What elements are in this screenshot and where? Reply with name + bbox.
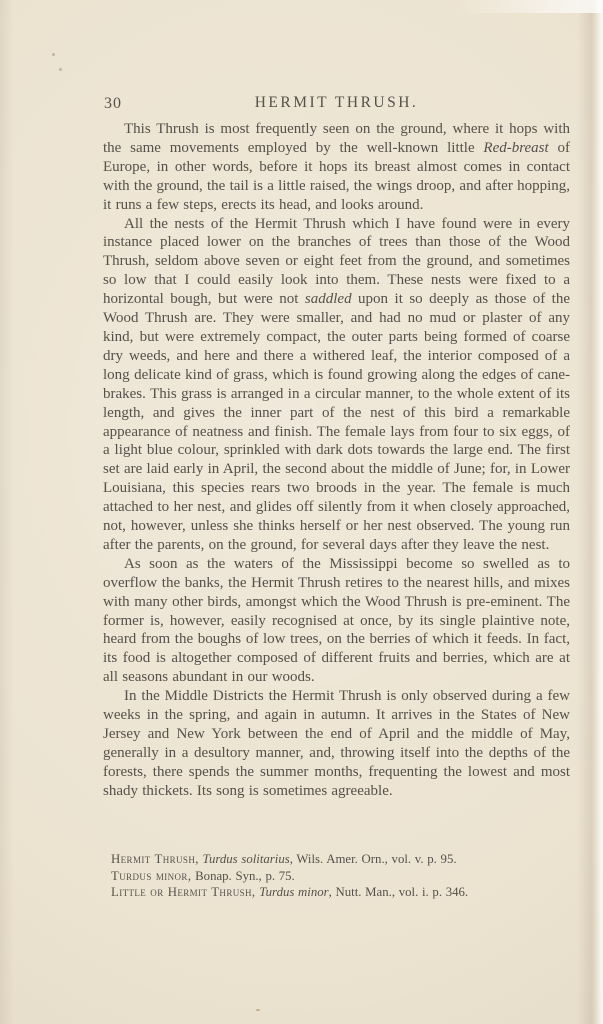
page-left-edge-shadow	[0, 0, 14, 1024]
reference-line: Hermit Thrush, Turdus solitarius, Wils. …	[111, 851, 573, 868]
page-top-right-edge-highlight	[453, 0, 603, 13]
body-text: This Thrush is most frequently seen on t…	[103, 120, 570, 801]
references: Hermit Thrush, Turdus solitarius, Wils. …	[111, 851, 573, 901]
running-title: HERMIT THRUSH.	[103, 94, 570, 112]
page-right-edge-shadow	[577, 0, 603, 1024]
text-segment-italic: saddled	[305, 291, 352, 307]
text-segment-smallcaps: Little or Hermit Thrush,	[111, 885, 256, 899]
text-segment-normal: , Nutt. Man., vol. i. p. 346.	[329, 885, 469, 899]
text-segment-smallcaps: Hermit Thrush,	[111, 852, 199, 866]
page-number: 30	[104, 95, 122, 113]
paper-speck	[59, 68, 62, 71]
page-scan: 30 HERMIT THRUSH. This Thrush is most fr…	[0, 0, 603, 1024]
text-segment-normal: Bonap. Syn., p. 75.	[191, 869, 294, 883]
paragraph: This Thrush is most frequently seen on t…	[103, 120, 570, 215]
text-segment-italic: Red-breast	[483, 140, 548, 156]
page-header: 30 HERMIT THRUSH.	[103, 94, 570, 114]
text-segment-normal: As soon as the waters of the Mississippi…	[103, 556, 570, 685]
text-segment-normal: , Wils. Amer. Orn., vol. v. p. 95.	[290, 852, 457, 866]
text-segment-italic: Turdus solitarius	[203, 852, 290, 866]
paper-speck	[256, 1009, 260, 1011]
book-page: 30 HERMIT THRUSH. This Thrush is most fr…	[0, 0, 603, 1024]
reference-line: Little or Hermit Thrush, Turdus minor, N…	[111, 884, 573, 901]
paragraph: As soon as the waters of the Mississippi…	[103, 555, 570, 687]
text-segment-italic: Turdus minor	[259, 885, 328, 899]
text-segment-normal: In the Middle Districts the Hermit Thrus…	[103, 688, 570, 799]
text-segment-smallcaps: Turdus minor,	[111, 869, 191, 883]
paragraph: In the Middle Districts the Hermit Thrus…	[103, 687, 570, 800]
reference-line: Turdus minor, Bonap. Syn., p. 75.	[111, 868, 573, 885]
paper-speck	[52, 53, 55, 56]
paragraph: All the nests of the Hermit Thrush which…	[103, 215, 570, 555]
text-segment-normal: upon it so deeply as those of the Wood T…	[103, 291, 570, 553]
